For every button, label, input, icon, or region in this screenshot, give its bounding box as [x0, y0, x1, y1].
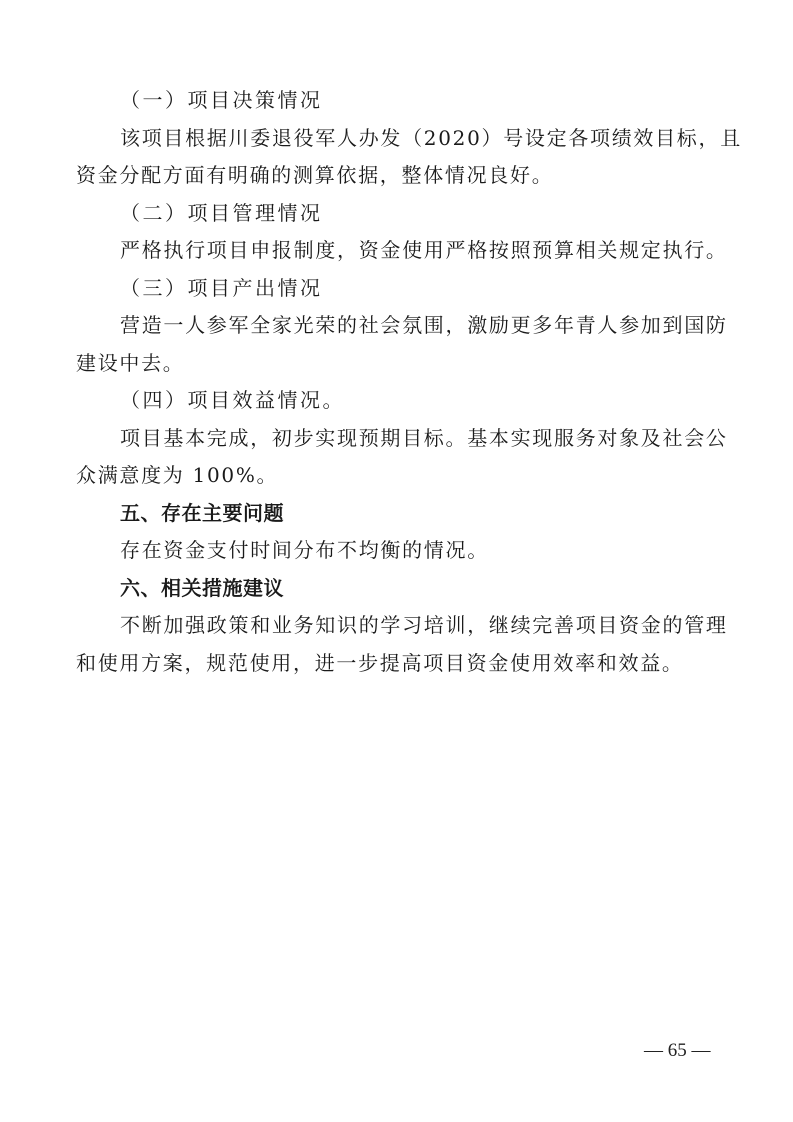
paragraph-suggestions-line-1: 不断加强政策和业务知识的学习培训，继续完善项目资金的管理	[76, 607, 720, 645]
paragraph-output-line-1: 营造一人参军全家光荣的社会氛围，激励更多年青人参加到国防	[76, 307, 720, 345]
sub-heading-project-decision: （一）项目决策情况	[76, 82, 720, 120]
paragraph-benefit-line-2: 众满意度为 100%。	[76, 457, 720, 495]
section-heading-main-problems: 五、存在主要问题	[76, 495, 720, 533]
document-page: （一）项目决策情况 该项目根据川委退役军人办发（2020）号设定各项绩效目标，且…	[76, 82, 720, 682]
paragraph-decision-line-2: 资金分配方面有明确的测算依据，整体情况良好。	[76, 157, 720, 195]
paragraph-problems-line-1: 存在资金支付时间分布不均衡的情况。	[76, 532, 720, 570]
sub-heading-project-benefit: （四）项目效益情况。	[76, 382, 720, 420]
paragraph-output-line-2: 建设中去。	[76, 345, 720, 383]
paragraph-decision-line-1: 该项目根据川委退役军人办发（2020）号设定各项绩效目标，且	[76, 120, 720, 158]
sub-heading-project-management: （二）项目管理情况	[76, 195, 720, 233]
section-heading-suggestions: 六、相关措施建议	[76, 570, 720, 608]
paragraph-benefit-line-1: 项目基本完成，初步实现预期目标。基本实现服务对象及社会公	[76, 420, 720, 458]
paragraph-management-line-1: 严格执行项目申报制度，资金使用严格按照预算相关规定执行。	[76, 232, 720, 270]
paragraph-suggestions-line-2: 和使用方案，规范使用，进一步提高项目资金使用效率和效益。	[76, 645, 720, 683]
sub-heading-project-output: （三）项目产出情况	[76, 270, 720, 308]
page-number: — 65 —	[644, 1040, 711, 1062]
